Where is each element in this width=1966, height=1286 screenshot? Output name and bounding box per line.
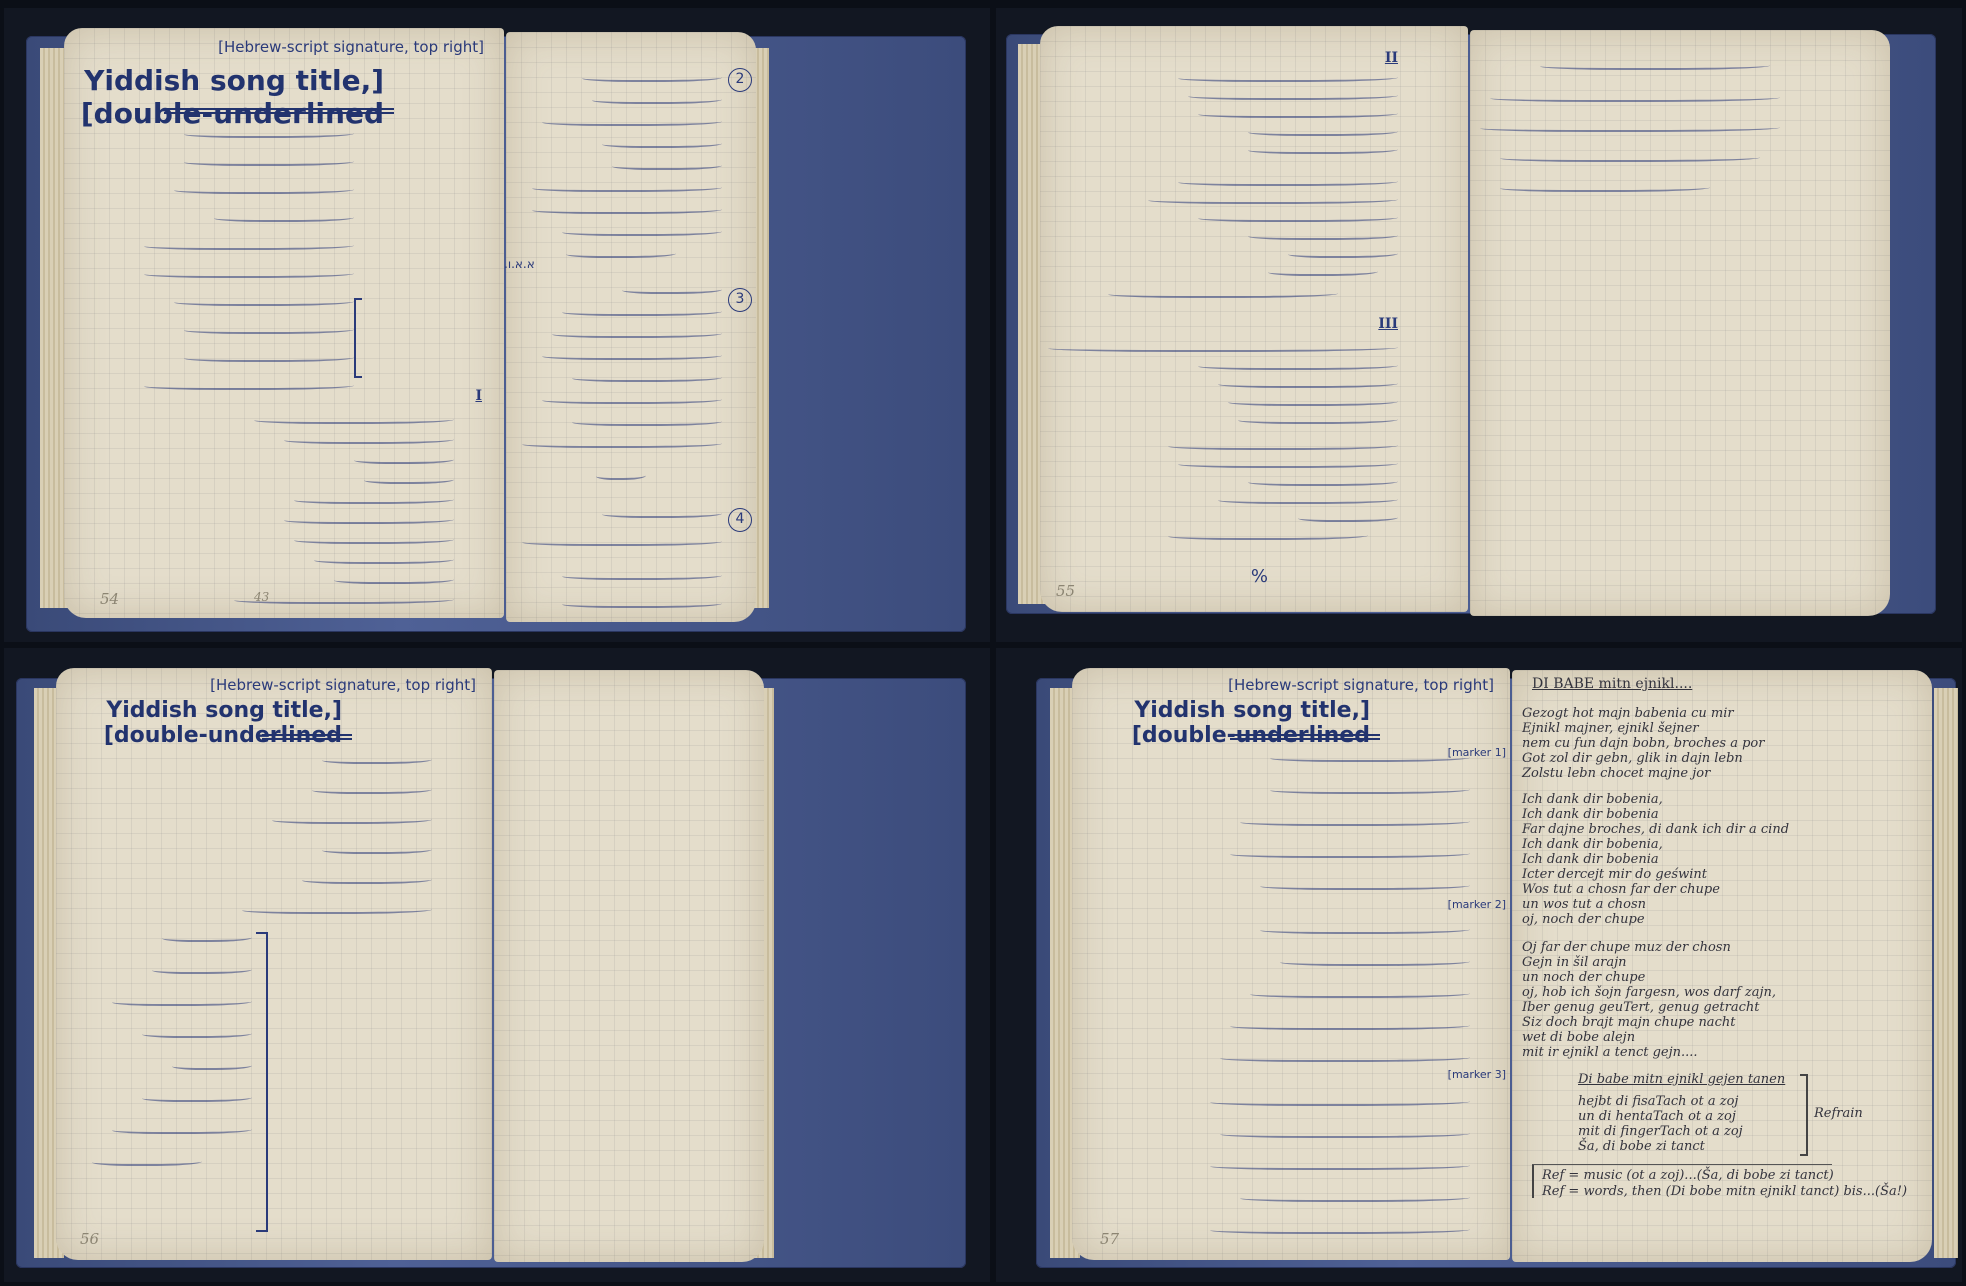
lyric-line: Ich dank dir bobenia, — [1522, 837, 1663, 852]
notebook-page-right-blank — [494, 670, 764, 1262]
notebook-page-right-transliteration: DI BABE mitn ejnikl.... Gezogt hot majn … — [1512, 670, 1932, 1262]
page-edges-right — [1934, 688, 1958, 1258]
refrain-line: Ša, di bobe zi tanct — [1578, 1139, 1705, 1154]
handwritten-line — [532, 204, 722, 214]
photo-top-left: [Hebrew-script signature, top right] [Yi… — [4, 8, 990, 642]
handwritten-line — [592, 94, 722, 104]
handwritten-line — [572, 372, 722, 382]
handwritten-line — [322, 754, 432, 764]
handwritten-line — [142, 1028, 252, 1038]
handwritten-line — [1298, 512, 1398, 522]
handwritten-line — [622, 284, 722, 294]
handwritten-line — [272, 814, 432, 824]
handwritten-line — [364, 474, 454, 484]
lyric-line: Ich dank dir bobenia — [1522, 807, 1659, 822]
handwritten-line — [1198, 108, 1398, 118]
handwritten-line — [562, 598, 722, 608]
title-underline — [262, 734, 352, 740]
handwritten-line — [1210, 1160, 1470, 1170]
handwritten-line — [1210, 1096, 1470, 1106]
handwritten-line — [562, 306, 722, 316]
page-number: 54 — [100, 590, 119, 608]
lyric-line: wet di bobe alejn — [1522, 1030, 1635, 1045]
refrain-label: Refrain — [1814, 1106, 1863, 1121]
handwritten-line — [144, 380, 354, 390]
handwritten-line — [562, 226, 722, 236]
lyric-line: Ich dank dir bobenia — [1522, 852, 1659, 867]
handwritten-line — [1210, 1224, 1470, 1234]
notebook-page-right — [1470, 30, 1890, 616]
lyric-line: Zolstu lebn chocet majne jor — [1522, 766, 1710, 781]
section-marker: 4 — [728, 508, 752, 532]
handwritten-line — [162, 932, 252, 942]
handwritten-line — [1198, 360, 1398, 370]
handwritten-line — [294, 534, 454, 544]
handwritten-line — [1178, 72, 1398, 82]
handwritten-line — [312, 784, 432, 794]
section-marker: III — [1378, 316, 1398, 332]
handwritten-line — [1148, 194, 1398, 204]
handwritten-line — [184, 324, 354, 334]
handwritten-line — [1500, 182, 1710, 192]
section-marker: I — [475, 388, 482, 404]
handwritten-line — [172, 1060, 252, 1070]
refrain-line: hejbt di fisaTach ot a zoj — [1578, 1094, 1738, 1109]
handwritten-line — [284, 514, 454, 524]
handwritten-line — [1248, 476, 1398, 486]
lyric-line: oj, hob ich šojn fargesn, wos darf zajn, — [1522, 985, 1776, 1000]
song-title: [Yiddish song title, double-underlined] — [56, 698, 342, 748]
lyric-line: oj, noch der chupe — [1522, 912, 1645, 927]
footer-marker: 43 — [254, 590, 269, 604]
handwritten-line — [542, 350, 722, 360]
handwritten-line — [566, 248, 676, 258]
title-underline — [1230, 734, 1380, 740]
handwritten-line — [1048, 342, 1398, 352]
handwritten-line — [522, 438, 722, 448]
author-signature: [Hebrew-script signature, top right] — [218, 38, 484, 56]
song-title: [Yiddish song title, double-underlined] — [64, 64, 384, 130]
notebook-page-left: II III % 55 — [1040, 26, 1468, 612]
margin-bracket — [354, 298, 362, 378]
handwritten-line — [562, 570, 722, 580]
handwritten-line — [1288, 248, 1398, 258]
photo-bottom-left: [Hebrew-script signature, top right] [Yi… — [4, 648, 990, 1282]
handwritten-line — [302, 874, 432, 884]
handwritten-line — [112, 1124, 252, 1134]
handwritten-line — [1480, 122, 1780, 132]
handwritten-line — [184, 128, 354, 138]
handwritten-line — [572, 416, 722, 426]
lyric-line: Got zol dir gebn, glik in dajn lebn — [1522, 751, 1743, 766]
handwritten-line — [1260, 924, 1470, 934]
note-bracket — [1532, 1164, 1538, 1198]
handwritten-line — [1230, 848, 1470, 858]
handwritten-line — [602, 138, 722, 148]
lyric-line: Gejn in šil arajn — [1522, 955, 1627, 970]
handwritten-line — [1218, 378, 1398, 388]
page-number: 57 — [1100, 1230, 1119, 1248]
song-title: [Yiddish song title, double-underlined] — [1072, 698, 1370, 748]
handwritten-line — [152, 964, 252, 974]
handwritten-line — [1188, 90, 1398, 100]
handwritten-line — [1198, 212, 1398, 222]
handwritten-line — [552, 328, 722, 338]
handwritten-line — [1270, 752, 1470, 762]
handwritten-line — [174, 296, 354, 306]
song-title: DI BABE mitn ejnikl.... — [1532, 676, 1692, 692]
note-divider — [1532, 1164, 1832, 1165]
lyric-line: Far dajne broches, di dank ich dir a cin… — [1522, 822, 1789, 837]
handwritten-line — [542, 394, 722, 404]
refrain-bracket — [1800, 1074, 1808, 1156]
lyric-line: mit ir ejnikl a tenct gejn.... — [1522, 1045, 1698, 1060]
handwritten-line — [1248, 144, 1398, 154]
handwritten-line — [1220, 1052, 1470, 1062]
lyric-line: Ich dank dir bobenia, — [1522, 792, 1663, 807]
handwritten-line — [174, 184, 354, 194]
handwritten-line — [184, 352, 354, 362]
lyric-line: un wos tut a chosn — [1522, 897, 1646, 912]
handwritten-line — [522, 536, 722, 546]
handwritten-line — [322, 844, 432, 854]
handwritten-line — [1490, 92, 1780, 102]
handwritten-line — [1168, 440, 1398, 450]
performance-note: Ref = words, then (Di bobe mitn ejnikl t… — [1542, 1184, 1907, 1199]
section-marker: [marker 3] — [1448, 1068, 1506, 1081]
handwritten-line — [354, 454, 454, 464]
refrain-line: un di hentaTach ot a zoj — [1578, 1109, 1736, 1124]
handwritten-line — [1500, 152, 1760, 162]
handwritten-line — [1238, 414, 1398, 424]
lyric-line: Gezogt hot majn babenia cu mir — [1522, 706, 1734, 721]
lyric-line: Oj far der chupe muz der chosn — [1522, 940, 1731, 955]
handwritten-line — [184, 156, 354, 166]
handwritten-line — [596, 470, 646, 480]
handwritten-line — [1240, 1192, 1470, 1202]
handwritten-line — [284, 434, 454, 444]
lyric-line: Iber genug geuTert, genug getracht — [1522, 1000, 1759, 1015]
refrain-line: Di babe mitn ejnikl gejen tanen — [1578, 1072, 1785, 1087]
handwritten-line — [1270, 784, 1470, 794]
notebook-page-left: [Hebrew-script signature, top right] [Yi… — [1072, 668, 1510, 1260]
handwritten-line — [542, 116, 722, 126]
photo-top-right: II III % 55 — [996, 8, 1962, 642]
lyric-line: un noch der chupe — [1522, 970, 1645, 985]
handwritten-line — [1230, 1020, 1470, 1030]
lyric-line: Icter dercejt mir do geśwint — [1522, 867, 1707, 882]
section-marker: 3 — [728, 288, 752, 312]
section-marker: 2 — [728, 68, 752, 92]
handwritten-line — [1248, 230, 1398, 240]
performance-note: Ref = music (ot a zoj)...(Ša, di bobe zi… — [1542, 1168, 1834, 1183]
handwritten-line — [1108, 288, 1338, 298]
handwritten-line — [1540, 60, 1770, 70]
end-mark: % — [1251, 566, 1268, 587]
handwritten-line — [612, 160, 722, 170]
section-marker: II — [1385, 50, 1398, 66]
handwritten-line — [582, 72, 722, 82]
author-signature: [Hebrew-script signature, top right] — [1228, 676, 1494, 694]
handwritten-line — [144, 268, 354, 278]
handwritten-line — [314, 554, 454, 564]
handwritten-line — [214, 212, 354, 222]
notebook-page-right: 2 א.א.ו. 3 4 — [506, 32, 756, 622]
handwritten-line — [1248, 126, 1398, 136]
notebook-page-left: [Hebrew-script signature, top right] [Yi… — [56, 668, 492, 1260]
handwritten-line — [1280, 956, 1470, 966]
handwritten-line — [1178, 176, 1398, 186]
lyric-line: Ejnikl majner, ejnikl šejner — [1522, 721, 1699, 736]
section-marker: [marker 2] — [1448, 898, 1506, 911]
page-number: 55 — [1056, 582, 1075, 600]
handwritten-line — [1268, 266, 1378, 276]
handwritten-line — [242, 904, 432, 914]
initials: א.א.ו. — [504, 257, 535, 271]
notebook-page-left: [Hebrew-script signature, top right] [Yi… — [64, 28, 504, 618]
handwritten-line — [532, 182, 722, 192]
handwritten-line — [334, 574, 454, 584]
handwritten-line — [144, 240, 354, 250]
handwritten-line — [1178, 458, 1398, 468]
lyric-line: Wos tut a chosn far der chupe — [1522, 882, 1720, 897]
handwritten-line — [1168, 530, 1368, 540]
author-signature: [Hebrew-script signature, top right] — [210, 676, 476, 694]
handwritten-line — [1218, 494, 1398, 504]
lyric-line: Siz doch brajt majn chupe nacht — [1522, 1015, 1735, 1030]
page-number: 56 — [80, 1230, 99, 1248]
handwritten-line — [1260, 880, 1470, 890]
photo-bottom-right: [Hebrew-script signature, top right] [Yi… — [996, 648, 1962, 1282]
handwritten-line — [1220, 1128, 1470, 1138]
handwritten-line — [1250, 988, 1470, 998]
handwritten-line — [1228, 396, 1398, 406]
refrain-line: mit di fingerTach ot a zoj — [1578, 1124, 1743, 1139]
handwritten-line — [1240, 816, 1470, 826]
handwritten-line — [142, 1092, 252, 1102]
handwritten-line — [254, 414, 454, 424]
handwritten-line — [92, 1156, 202, 1166]
handwritten-line — [112, 996, 252, 1006]
lyric-line: nem cu fun dajn bobn, broches a por — [1522, 736, 1764, 751]
handwritten-line — [294, 494, 454, 504]
title-underline — [164, 108, 394, 114]
handwritten-line — [602, 508, 722, 518]
refrain-bracket — [256, 932, 268, 1232]
